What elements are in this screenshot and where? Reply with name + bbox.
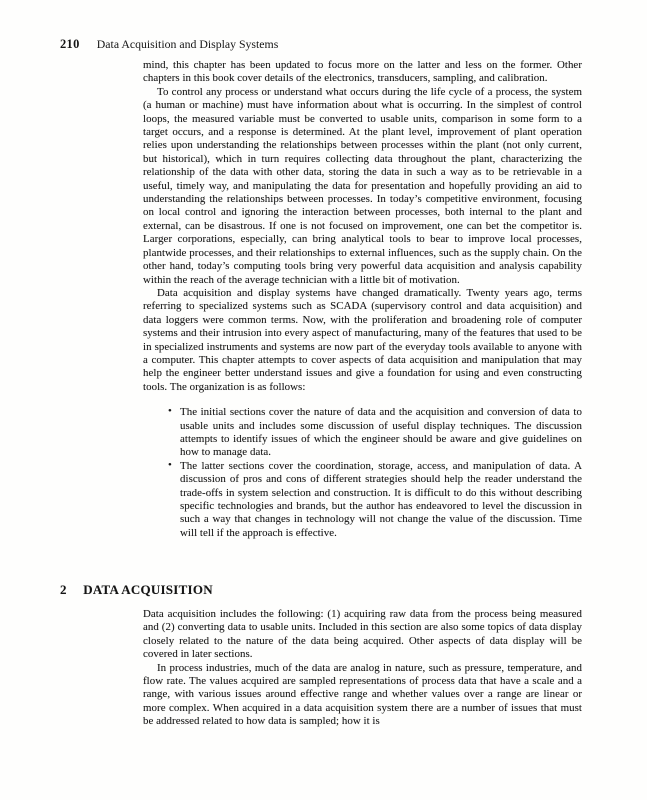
paragraph-process-industries: In process industries, much of the data … bbox=[143, 662, 582, 729]
paragraph-systems-changed: Data acquisition and display systems hav… bbox=[143, 287, 582, 394]
book-page: 210 Data Acquisition and Display Systems… bbox=[0, 0, 647, 800]
intro-text-block: mind, this chapter has been updated to f… bbox=[143, 59, 582, 540]
list-item-text: The latter sections cover the coordinati… bbox=[180, 460, 582, 539]
paragraph-continuation: mind, this chapter has been updated to f… bbox=[143, 59, 582, 86]
list-item: • The initial sections cover the nature … bbox=[180, 406, 582, 460]
list-item-text: The initial sections cover the nature of… bbox=[180, 406, 582, 458]
section-title: DATA ACQUISITION bbox=[83, 582, 213, 597]
bullet-icon: • bbox=[168, 405, 172, 418]
paragraph-acquisition-includes: Data acquisition includes the following:… bbox=[143, 608, 582, 662]
running-title: Data Acquisition and Display Systems bbox=[97, 37, 279, 51]
section-number: 2 bbox=[60, 582, 67, 597]
organization-bullet-list: • The initial sections cover the nature … bbox=[143, 406, 582, 540]
section-heading: 2 DATA ACQUISITION bbox=[60, 582, 213, 598]
paragraph-control-process: To control any process or understand wha… bbox=[143, 86, 582, 287]
running-head: 210 Data Acquisition and Display Systems bbox=[60, 37, 278, 52]
list-item: • The latter sections cover the coordina… bbox=[180, 460, 582, 540]
section-text-block: Data acquisition includes the following:… bbox=[143, 608, 582, 729]
bullet-icon: • bbox=[168, 459, 172, 472]
page-number: 210 bbox=[60, 37, 80, 51]
